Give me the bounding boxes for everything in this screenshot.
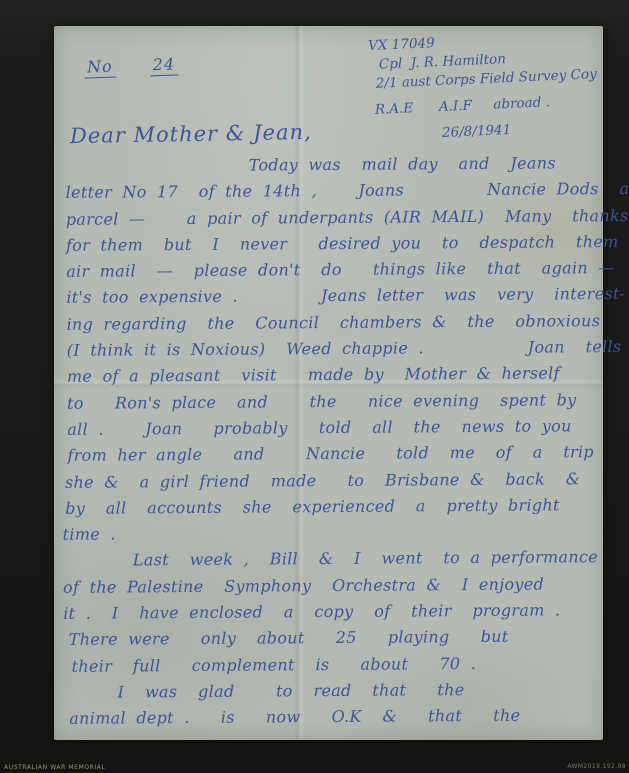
handwritten-line: to Ron's place and the nice evening spen… [62,387,601,417]
handwritten-line: parcel — a pair of underpants (AIR MAIL)… [60,203,599,233]
handwritten-line: I was glad to read that the [64,676,603,706]
handwritten-line: from her angle and Nancie told me of a t… [62,439,601,469]
handwritten-line: (I think it is Noxious) Weed chappie . J… [61,334,600,364]
handwritten-line: There were only about 25 playing but [63,623,602,653]
handwritten-line: it's too expensive . Jeans letter was ve… [61,282,600,312]
handwritten-line: me of a pleasant visit made by Mother & … [61,360,600,390]
handwritten-line: time . [63,518,602,548]
handwritten-line: it . I have enclosed a copy of their pro… [63,597,602,627]
sender-address-block: VX 17049Cpl J. R. Hamilton2/1 aust Corps… [366,27,606,146]
accession-number-label: AWM2019.192.98 [567,763,626,770]
letter-number-prefix: No [84,57,116,79]
handwritten-line: by all accounts she experienced a pretty… [62,492,601,522]
letter-page: No 24 VX 17049Cpl J. R. Hamilton2/1 aust… [54,26,603,740]
handwritten-line: Today was mail day and Jeans [60,150,599,180]
handwritten-line: of the Palestine Symphony Orchestra & I … [63,571,602,601]
handwritten-line: Last week , Bill & I went to a performan… [63,545,602,575]
letter-body: Today was mail day and Jeansletter No 17… [60,150,603,732]
handwritten-line: she & a girl friend made to Brisbane & b… [62,466,601,496]
handwritten-line: their full complement is about 70 . [63,650,602,680]
handwritten-line: letter No 17 of the 14th , Joans Nancie … [60,176,599,206]
handwritten-line: air mail — please don't do things like t… [61,255,600,285]
letter-number: No 24 [84,54,179,76]
sender-address-line: R.A.E A.I.F abroad . [369,91,605,120]
handwritten-line: ing regarding the Council chambers & the… [61,308,600,338]
handwritten-line: animal dept . is now O.K & that the [64,702,603,732]
photo-mat-background: No 24 VX 17049Cpl J. R. Hamilton2/1 aust… [0,0,629,773]
handwritten-line: all . Joan probably told all the news to… [62,413,601,443]
salutation: Dear Mother & Jean, [70,120,312,148]
archive-watermark-label: AUSTRALIAN WAR MEMORIAL [4,764,105,771]
letter-number-value: 24 [149,54,178,76]
sender-address-line: 26/8/1941 [370,117,606,146]
handwritten-line: for them but I never desired you to desp… [61,229,600,259]
